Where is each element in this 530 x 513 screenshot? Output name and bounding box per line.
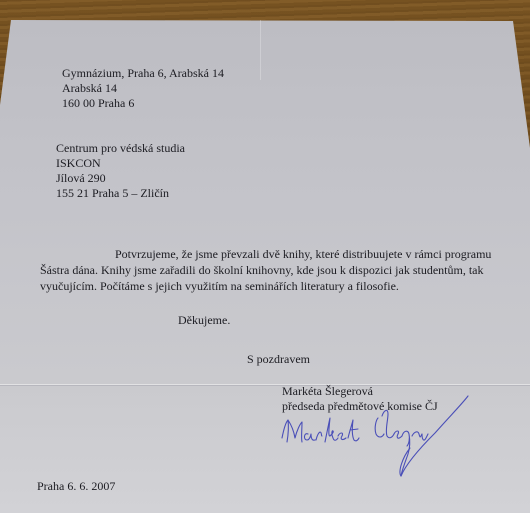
paper-fold-vertical bbox=[260, 20, 261, 80]
body-line: vyučujícím. Počítáme s jejich využitím n… bbox=[40, 278, 491, 294]
recipient-line: Centrum pro védská studia bbox=[56, 141, 185, 156]
recipient-line: Jílová 290 bbox=[56, 171, 185, 186]
recipient-line: 155 21 Praha 5 – Zličín bbox=[56, 186, 185, 201]
handwritten-signature bbox=[270, 388, 490, 478]
sender-line: Gymnázium, Praha 6, Arabská 14 bbox=[62, 66, 224, 81]
recipient-line: ISKCON bbox=[56, 156, 185, 171]
recipient-address: Centrum pro védská studia ISKCON Jílová … bbox=[56, 141, 185, 201]
place-and-date: Praha 6. 6. 2007 bbox=[37, 479, 115, 494]
body-line: Potvrzujeme, že jsme převzali dvě knihy,… bbox=[115, 247, 491, 261]
greeting-text: S pozdravem bbox=[247, 352, 310, 367]
letter-body: Potvrzujeme, že jsme převzali dvě knihy,… bbox=[40, 246, 491, 294]
sender-address: Gymnázium, Praha 6, Arabská 14 Arabská 1… bbox=[62, 66, 224, 111]
thanks-text: Děkujeme. bbox=[178, 313, 230, 328]
body-line: Šástra dána. Knihy jsme zařadili do škol… bbox=[40, 262, 491, 278]
sender-line: 160 00 Praha 6 bbox=[62, 96, 224, 111]
paper-fold-horizontal bbox=[0, 384, 530, 385]
sender-line: Arabská 14 bbox=[62, 81, 224, 96]
